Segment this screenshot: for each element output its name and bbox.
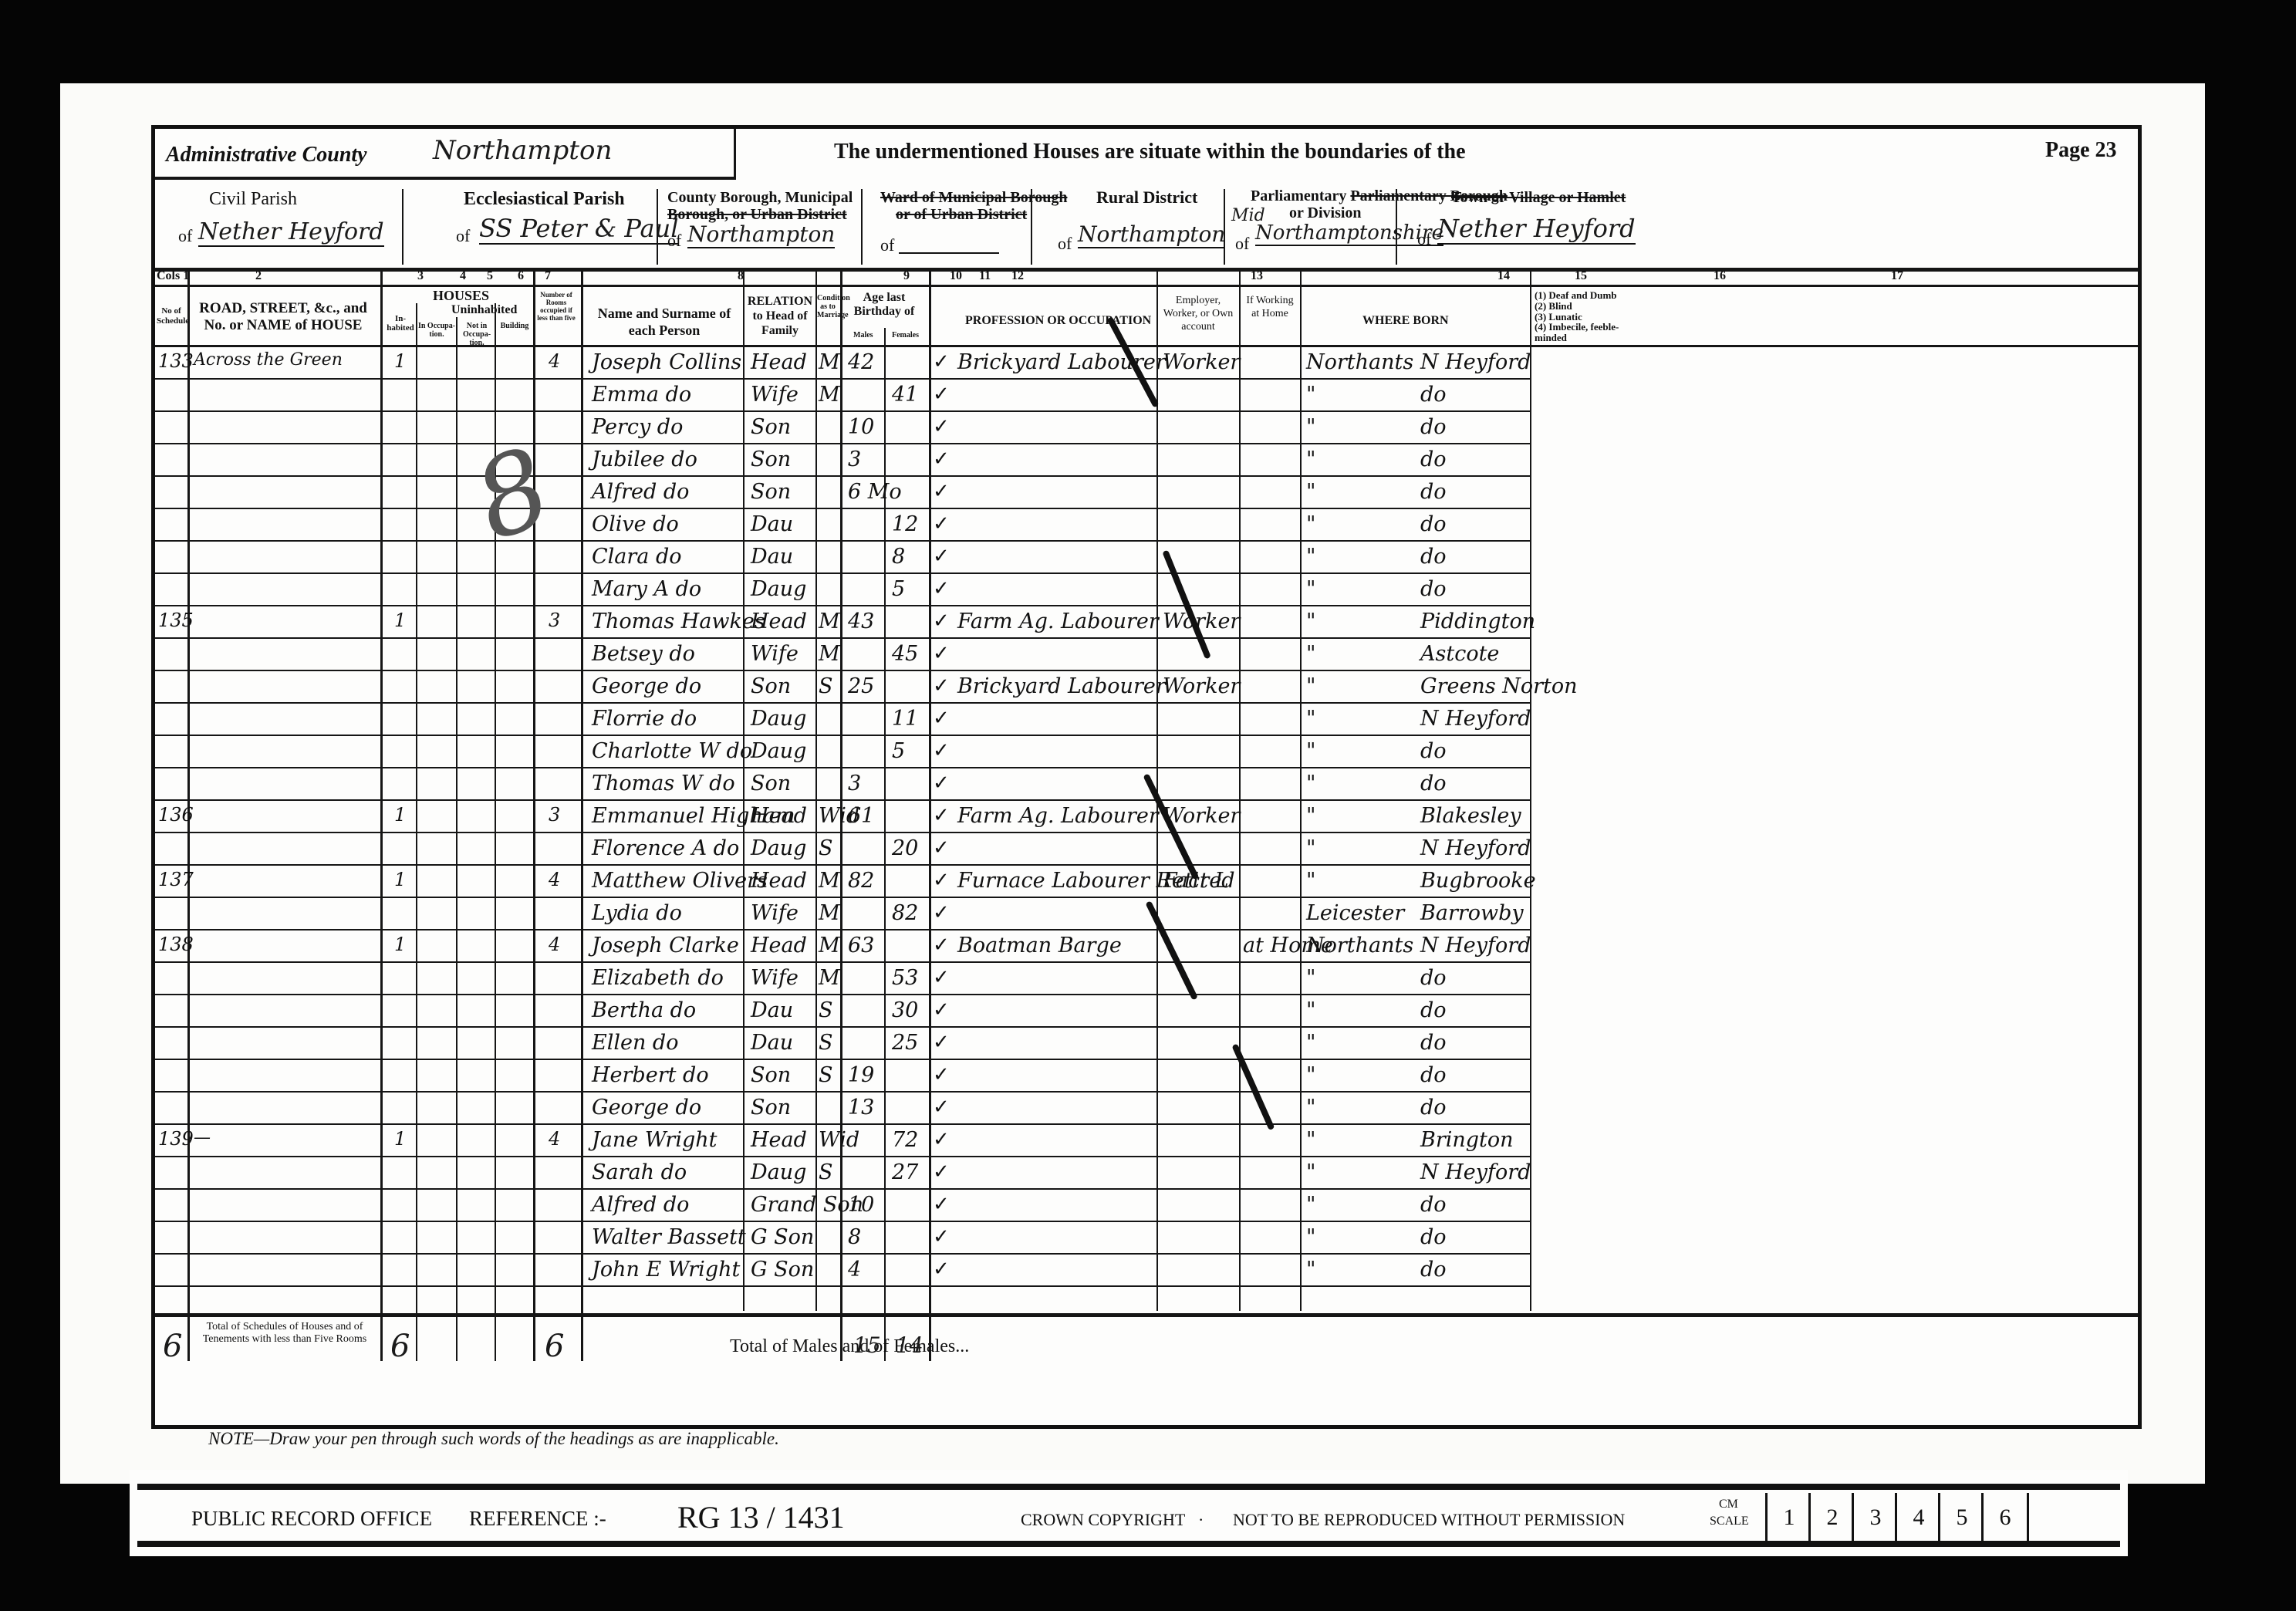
row-male-age: 3 — [848, 772, 861, 795]
row-born-county: " — [1306, 869, 1315, 893]
check-mark-icon: ✓ — [933, 998, 950, 1022]
row-relation: G Son — [751, 1258, 814, 1282]
total-schedules: 6 — [163, 1329, 182, 1364]
divider — [155, 1313, 2138, 1317]
col-road: ROAD, STREET, &c., and No. or NAME of HO… — [191, 300, 376, 334]
row-female-age: 5 — [892, 739, 905, 763]
row-male-age: 13 — [848, 1096, 874, 1120]
check-mark-icon: ✓ — [933, 869, 950, 892]
row-condition: M — [819, 966, 840, 990]
page-number: Page 23 — [2045, 138, 2117, 163]
row-born-county: " — [1306, 804, 1315, 828]
divider — [402, 189, 403, 265]
row-name: Florence A do — [592, 836, 739, 860]
row-occupation: Boatman Barge — [957, 934, 1122, 957]
row-born-county: " — [1306, 1128, 1315, 1152]
civil-parish-value: Nether Heyford — [198, 218, 384, 247]
town-value: Nether Heyford — [1437, 214, 1636, 245]
row-female-age: 30 — [892, 998, 918, 1022]
check-mark-icon: ✓ — [933, 415, 950, 438]
check-mark-icon: ✓ — [933, 1063, 950, 1086]
row-born-place: do — [1420, 512, 1447, 536]
footer-permission: NOT TO BE REPRODUCED WITHOUT PERMISSION — [1233, 1510, 1625, 1530]
row-born-place: do — [1420, 545, 1447, 569]
row-name: Jubilee do — [592, 447, 697, 471]
row-born-place: N Heyford — [1420, 836, 1531, 860]
row-male-age: 82 — [848, 869, 874, 893]
row-relation: Daug — [751, 577, 806, 601]
row-rooms: 4 — [549, 350, 560, 372]
row-name: Joseph Collins — [592, 350, 741, 374]
row-relation: Son — [751, 772, 791, 795]
county-borough-value: Northampton — [687, 221, 835, 248]
col-num: 16 — [1714, 269, 1726, 283]
row-rule — [155, 864, 1530, 866]
ward-label: Ward of Municipal Borough — [880, 189, 1067, 207]
intro-text: The undermentioned Houses are situate wi… — [834, 140, 1466, 164]
row-schedule: 136 — [158, 804, 194, 826]
row-born-place: do — [1420, 480, 1447, 504]
check-mark-icon: ✓ — [933, 1225, 950, 1248]
row-name: Elizabeth do — [592, 966, 724, 990]
row-male-age: 4 — [848, 1258, 861, 1282]
col-houses: HOUSES — [433, 288, 489, 304]
row-name: Thomas Hawkes — [592, 610, 765, 633]
check-mark-icon: ✓ — [933, 804, 950, 827]
row-born-place: N Heyford — [1420, 350, 1531, 374]
row-male-age: 19 — [848, 1063, 874, 1087]
row-born-place: Greens Norton — [1420, 674, 1578, 698]
col-in-occupation: In Occupa-tion. — [417, 322, 456, 339]
row-born-place: Bugbrooke — [1420, 869, 1536, 893]
col-divider — [533, 269, 535, 1361]
note-text: NOTE—Draw your pen through such words of… — [208, 1429, 779, 1449]
col-employer: Employer, Worker, or Own account — [1160, 294, 1237, 333]
divider — [155, 285, 2138, 287]
row-schedule: 138 — [158, 934, 194, 955]
row-name: Ellen do — [592, 1031, 678, 1055]
row-rule — [155, 994, 1530, 995]
check-mark-icon: ✓ — [933, 447, 950, 471]
total-males: 15 — [853, 1332, 881, 1358]
check-mark-icon: ✓ — [933, 610, 950, 633]
footer-reference-value: RG 13 / 1431 — [677, 1499, 845, 1535]
divider — [1396, 189, 1397, 265]
row-name: Alfred do — [592, 480, 689, 504]
col-where-born: WHERE BORN — [1362, 314, 1449, 328]
row-born-county: " — [1306, 1258, 1315, 1282]
row-rule — [155, 637, 1530, 639]
row-rule — [155, 508, 1530, 509]
row-rooms: 4 — [549, 934, 560, 955]
divider — [657, 189, 658, 265]
row-inhabited: 1 — [394, 350, 406, 372]
row-rule — [155, 767, 1530, 768]
check-mark-icon: ✓ — [933, 707, 950, 730]
row-rule — [155, 897, 1530, 898]
ward-value-line — [899, 252, 999, 254]
row-road: — — [194, 1128, 211, 1147]
row-rooms: 3 — [549, 804, 560, 826]
col-rooms: Number of Rooms occupied if less than fi… — [536, 291, 576, 322]
check-mark-icon: ✓ — [933, 480, 950, 503]
row-name: Herbert do — [592, 1063, 709, 1087]
row-inhabited: 1 — [394, 869, 406, 890]
rural-district-value: Northampton — [1078, 221, 1225, 248]
col-at-home: If Working at Home — [1243, 294, 1297, 320]
row-rule — [155, 702, 1530, 704]
col-num: 3 — [417, 269, 424, 283]
row-name: Florrie do — [592, 707, 697, 731]
col-num: 15 — [1575, 269, 1587, 283]
col-inhabited: In-habited — [383, 314, 417, 333]
col-num: 7 — [545, 269, 551, 283]
total-males-females-label: Total of Males and of Females... — [730, 1336, 969, 1357]
check-mark-icon: ✓ — [933, 1096, 950, 1119]
row-born-place: do — [1420, 1031, 1447, 1055]
row-relation: Dau — [751, 998, 793, 1022]
row-relation: G Son — [751, 1225, 814, 1249]
row-born-county: " — [1306, 1096, 1315, 1120]
row-rule — [155, 1091, 1530, 1093]
row-condition: S — [819, 836, 833, 860]
row-female-age: 82 — [892, 901, 918, 925]
row-born-county: " — [1306, 836, 1315, 860]
row-born-county: " — [1306, 610, 1315, 633]
rural-district-label: Rural District — [1096, 187, 1197, 208]
row-rule — [155, 670, 1530, 671]
total-rooms: 6 — [545, 1329, 564, 1364]
col-divider — [929, 269, 931, 1361]
check-mark-icon: ✓ — [933, 934, 950, 957]
col-divider — [1300, 269, 1302, 1311]
row-condition: M — [819, 642, 840, 666]
row-name: George do — [592, 674, 701, 698]
row-born-place: do — [1420, 1225, 1447, 1249]
of-label: of — [1235, 234, 1249, 254]
row-name: Joseph Clarke — [592, 934, 739, 957]
of-label: of — [1058, 234, 1072, 254]
scale-label: CM — [1719, 1498, 1738, 1511]
row-born-place: N Heyford — [1420, 1160, 1531, 1184]
row-born-county: Northants — [1306, 934, 1413, 957]
row-name: Olive do — [592, 512, 679, 536]
row-female-age: 5 — [892, 577, 905, 601]
row-relation: Son — [751, 674, 791, 698]
archive-footer: PUBLIC RECORD OFFICE REFERENCE :- RG 13 … — [130, 1470, 2128, 1556]
parl-value: Northamptonshire — [1255, 221, 1443, 246]
col-num: 4 — [460, 269, 466, 283]
row-employer: Worker — [1163, 804, 1240, 828]
row-name: Jane Wright — [592, 1128, 717, 1152]
row-born-county: " — [1306, 447, 1315, 471]
row-rule — [155, 929, 1530, 930]
town-label: Town or Village or Hamlet — [1451, 189, 1626, 207]
row-relation: Head — [751, 610, 807, 633]
county-borough-label: County Borough, Municipal — [667, 189, 853, 207]
row-occupation: Farm Ag. Labourer — [957, 804, 1159, 828]
row-relation: Head — [751, 1128, 807, 1152]
row-female-age: 25 — [892, 1031, 918, 1055]
row-rule — [155, 961, 1530, 963]
row-born-place: do — [1420, 447, 1447, 471]
row-rule — [155, 605, 1530, 606]
col-divider — [1239, 269, 1241, 1311]
check-mark-icon: ✓ — [933, 739, 950, 762]
row-rule — [155, 799, 1530, 801]
col-name: Name and Surname of each Person — [587, 305, 741, 339]
row-schedule: 137 — [158, 869, 194, 890]
row-born-county: " — [1306, 739, 1315, 763]
col-males: Males — [853, 331, 873, 339]
col-age: Age last Birthday of — [842, 291, 927, 319]
row-male-age: 43 — [848, 610, 874, 633]
row-born-county: " — [1306, 1160, 1315, 1184]
row-female-age: 27 — [892, 1160, 918, 1184]
row-relation: Dau — [751, 545, 793, 569]
col-building: Building — [496, 322, 533, 330]
check-mark-icon: ✓ — [933, 966, 950, 989]
check-mark-icon: ✓ — [933, 642, 950, 665]
col-divider — [581, 269, 583, 1361]
col-divider — [743, 269, 745, 1311]
col-num: 5 — [487, 269, 493, 283]
row-born-county: " — [1306, 577, 1315, 601]
check-mark-icon: ✓ — [933, 350, 950, 373]
row-male-age: 10 — [848, 1193, 874, 1217]
row-born-place: do — [1420, 415, 1447, 439]
row-name: Bertha do — [592, 998, 696, 1022]
row-male-age: 63 — [848, 934, 874, 957]
col-divider — [380, 269, 383, 1361]
row-relation: Dau — [751, 512, 793, 536]
divider — [155, 345, 2138, 347]
row-inhabited: 1 — [394, 610, 406, 631]
row-male-age: 61 — [848, 804, 874, 828]
row-rule — [155, 572, 1530, 574]
col-divider — [456, 317, 458, 1361]
row-born-county: " — [1306, 383, 1315, 407]
row-name: Betsey do — [592, 642, 695, 666]
row-relation: Daug — [751, 739, 806, 763]
row-born-county: " — [1306, 772, 1315, 795]
row-born-place: do — [1420, 1193, 1447, 1217]
row-relation: Dau — [751, 1031, 793, 1055]
row-born-place: do — [1420, 739, 1447, 763]
row-rooms: 4 — [549, 869, 560, 890]
row-condition: S — [819, 1063, 833, 1087]
scale-cm-1: 1 — [1765, 1493, 1811, 1542]
row-employer: Worker — [1163, 674, 1240, 698]
row-born-county: " — [1306, 1193, 1315, 1217]
row-rule — [155, 443, 1530, 444]
row-born-county: " — [1306, 1225, 1315, 1249]
row-relation: Son — [751, 415, 791, 439]
divider — [155, 268, 2138, 272]
row-born-place: do — [1420, 1096, 1447, 1120]
row-born-place: do — [1420, 577, 1447, 601]
row-rule — [155, 410, 1530, 412]
eccl-parish-label: Ecclesiastical Parish — [464, 189, 625, 210]
row-rule — [155, 1156, 1530, 1157]
row-relation: Wife — [751, 901, 799, 925]
row-rule — [155, 735, 1530, 736]
row-relation: Son — [751, 447, 791, 471]
row-male-age: 25 — [848, 674, 874, 698]
row-male-age: 10 — [848, 415, 874, 439]
divider — [137, 1484, 2120, 1490]
row-name: Thomas W do — [592, 772, 735, 795]
scale-cm-5: 5 — [1938, 1493, 1984, 1542]
row-name: Charlotte W do — [592, 739, 752, 763]
row-occupation: Farm Ag. Labourer — [957, 610, 1159, 633]
col-divider — [1530, 269, 1531, 1311]
check-mark-icon: ✓ — [933, 772, 950, 795]
row-born-county: " — [1306, 512, 1315, 536]
check-mark-icon: ✓ — [933, 1160, 950, 1184]
row-rooms: 4 — [549, 1128, 560, 1150]
col-schedule: No of Schedule — [157, 306, 186, 326]
row-rule — [155, 378, 1530, 380]
check-mark-icon: ✓ — [933, 836, 950, 860]
row-female-age: 53 — [892, 966, 918, 990]
row-occupation: Brickyard Labourer — [957, 674, 1166, 698]
row-born-county: " — [1306, 966, 1315, 990]
row-born-place: Barrowby — [1420, 901, 1524, 925]
total-inhabited: 6 — [390, 1329, 410, 1364]
row-road: Across the Green — [194, 350, 343, 370]
footer-office: PUBLIC RECORD OFFICE — [191, 1507, 432, 1531]
row-relation: Daug — [751, 1160, 806, 1184]
row-born-place: do — [1420, 1063, 1447, 1087]
row-born-county: " — [1306, 545, 1315, 569]
total-females: 14 — [896, 1332, 923, 1358]
row-born-place: Brington — [1420, 1128, 1514, 1152]
row-female-age: 11 — [892, 707, 918, 731]
col-num: 6 — [518, 269, 524, 283]
divider — [734, 129, 736, 180]
row-relation: Grand Son — [751, 1193, 863, 1217]
row-rule — [155, 1123, 1530, 1125]
row-born-place: N Heyford — [1420, 934, 1531, 957]
row-condition: S — [819, 674, 833, 698]
eccl-parish-value: SS Peter & Paul — [479, 214, 678, 245]
row-born-county: " — [1306, 642, 1315, 666]
row-rule — [155, 540, 1530, 542]
row-born-place: do — [1420, 966, 1447, 990]
col-uninhabited: Uninhabited — [451, 303, 517, 317]
footer-reference-label: REFERENCE :- — [469, 1507, 606, 1531]
row-born-place: do — [1420, 772, 1447, 795]
row-born-place: do — [1420, 1258, 1447, 1282]
row-name: Clara do — [592, 545, 682, 569]
row-born-place: N Heyford — [1420, 707, 1531, 731]
row-name: Lydia do — [592, 901, 682, 925]
check-mark-icon: ✓ — [933, 1193, 950, 1216]
row-male-age: 8 — [848, 1225, 861, 1249]
footer-separator: · — [1198, 1510, 1204, 1530]
check-mark-icon: ✓ — [933, 1128, 950, 1151]
row-name: Emma do — [592, 383, 691, 407]
row-name: John E Wright — [592, 1258, 740, 1282]
row-relation: Daug — [751, 707, 806, 731]
check-mark-icon: ✓ — [933, 512, 950, 535]
row-inhabited: 1 — [394, 934, 406, 955]
col-not-in-occupation: Not in Occupa-tion. — [458, 322, 496, 347]
of-label: of — [178, 226, 192, 246]
row-relation: Son — [751, 1096, 791, 1120]
of-label: of — [456, 226, 470, 246]
row-relation: Head — [751, 934, 807, 957]
col-num: 9 — [903, 269, 910, 283]
row-name: Matthew Olivers — [592, 869, 768, 893]
check-mark-icon: ✓ — [933, 1258, 950, 1281]
col-num: 17 — [1891, 269, 1903, 283]
row-female-age: 72 — [892, 1128, 918, 1152]
divider — [861, 189, 863, 265]
col-num: Cols 1 — [157, 269, 189, 283]
row-rule — [155, 1059, 1530, 1060]
row-female-age: 8 — [892, 545, 905, 569]
row-condition: S — [819, 1031, 833, 1055]
divider — [155, 177, 734, 180]
divider — [1031, 189, 1032, 265]
row-rule — [155, 1285, 1530, 1287]
row-name: Walter Bassett — [592, 1225, 746, 1249]
row-relation: Head — [751, 350, 807, 374]
check-mark-icon: ✓ — [933, 1031, 950, 1054]
row-schedule: 133 — [158, 350, 194, 372]
col-num: 12 — [1011, 269, 1024, 283]
row-born-county: " — [1306, 707, 1315, 731]
row-relation: Head — [751, 804, 807, 828]
row-born-county: " — [1306, 415, 1315, 439]
row-inhabited: 1 — [394, 804, 406, 826]
row-condition: M — [819, 869, 840, 893]
col-num: 14 — [1497, 269, 1510, 283]
row-schedule: 135 — [158, 610, 194, 631]
row-inhabited: 1 — [394, 1128, 406, 1150]
row-relation: Wife — [751, 383, 799, 407]
of-label: of — [667, 231, 681, 251]
scale-cm-4: 4 — [1895, 1493, 1940, 1542]
row-condition: M — [819, 383, 840, 407]
row-born-place: do — [1420, 998, 1447, 1022]
row-relation: Wife — [751, 642, 799, 666]
row-born-place: do — [1420, 383, 1447, 407]
check-mark-icon: ✓ — [933, 674, 950, 697]
admin-county-value: Northampton — [433, 135, 612, 166]
row-schedule: 139 — [158, 1128, 194, 1150]
row-rule — [155, 1026, 1530, 1028]
row-born-place: Blakesley — [1420, 804, 1521, 828]
col-occupation: PROFESSION OR OCCUPATION — [965, 314, 1151, 328]
row-condition: S — [819, 998, 833, 1022]
scale-label: SCALE — [1710, 1515, 1749, 1528]
row-employer: Worker — [1163, 610, 1240, 633]
row-rule — [155, 1188, 1530, 1190]
row-born-county: " — [1306, 480, 1315, 504]
row-rooms: 3 — [549, 610, 560, 631]
row-name: Percy do — [592, 415, 683, 439]
row-condition: M — [819, 934, 840, 957]
scale-cm-3: 3 — [1852, 1493, 1897, 1542]
row-name: Sarah do — [592, 1160, 687, 1184]
row-female-age: 41 — [892, 383, 918, 407]
col-infirmity-4: (4) Imbecile, feeble-minded — [1535, 322, 1627, 343]
col-condition: Condition as to Marriage — [817, 294, 839, 319]
row-male-age: 3 — [848, 447, 861, 471]
